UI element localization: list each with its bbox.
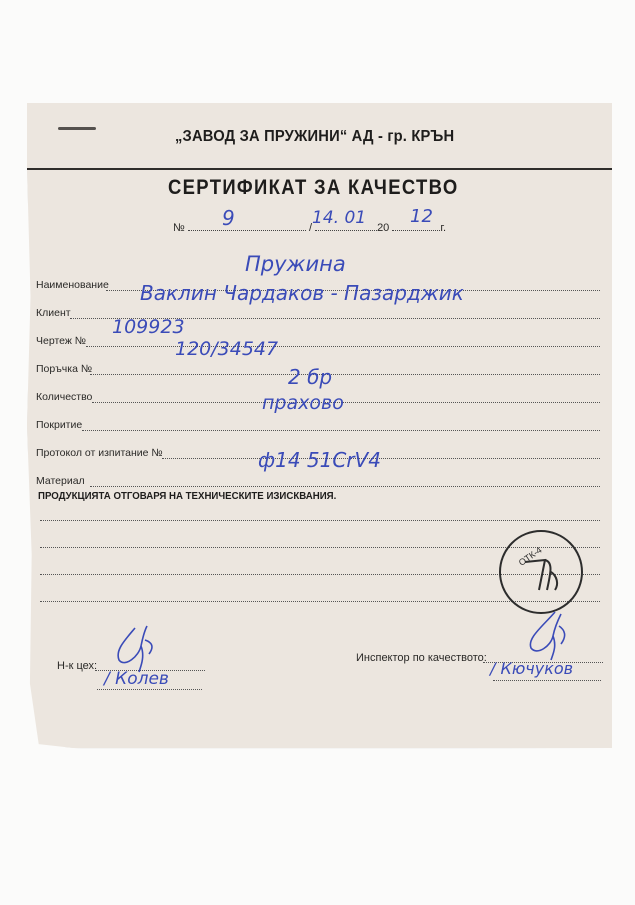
inspector-name-line: [493, 680, 601, 681]
shop-head-label: Н-к цех:: [57, 660, 97, 672]
header-divider: [27, 168, 612, 170]
field-line-drawing: [86, 346, 600, 347]
field-label-test-protocol: Протокол от изпитание №: [36, 447, 163, 459]
year-prefix: 20: [377, 222, 389, 234]
field-line-quantity: [92, 402, 600, 403]
shop-head-name: / Колев: [104, 669, 169, 689]
stamp-mark-icon: ОТК-4: [501, 532, 581, 612]
svg-text:ОТК-4: ОТК-4: [517, 545, 544, 568]
field-label-material: Материал: [36, 475, 85, 487]
shop-head-signature-icon: [105, 620, 165, 675]
staple-mark: [58, 127, 96, 130]
field-label-order: Поръчка №: [36, 363, 92, 375]
field-line-order: [90, 374, 600, 375]
field-label-name: Наименование: [36, 279, 109, 291]
field-label-coating: Покритие: [36, 419, 82, 431]
field-value-quantity: 2 бр: [288, 365, 332, 389]
inspector-signature-icon: [515, 608, 575, 663]
inspector-label: Инспектор по качеството:: [356, 652, 487, 664]
field-value-order: 120/34547: [175, 338, 278, 360]
inspector-name: / Кючуков: [490, 659, 573, 678]
field-label-quantity: Количество: [36, 391, 92, 403]
field-value-client: Ваклин Чардаков - Пазарджик: [140, 281, 464, 305]
year-suffix: г.: [440, 222, 446, 234]
shop-head-name-line: [97, 689, 202, 690]
document-title: СЕРТИФИКАТ ЗА КАЧЕСТВО: [168, 176, 459, 200]
field-line-material: [90, 486, 600, 487]
field-line-coating: [82, 430, 600, 431]
date-value: 14. 01: [312, 208, 366, 228]
field-label-client: Клиент: [36, 307, 71, 319]
certificate-number-value: 9: [222, 206, 235, 230]
number-label: №: [173, 222, 185, 234]
field-value-name: Пружина: [245, 252, 346, 276]
year-value: 12: [410, 206, 433, 227]
field-value-material: ф14 51CrV4: [258, 448, 381, 472]
field-label-drawing: Чертеж №: [36, 335, 86, 347]
number-dots: [188, 220, 306, 231]
field-value-coating: прахово: [262, 392, 344, 414]
blank-line-1: [40, 520, 600, 521]
otk-stamp: ОТК-4: [499, 530, 583, 614]
field-value-drawing: 109923: [112, 316, 185, 338]
field-line-test-protocol: [162, 458, 600, 459]
company-name: „ЗАВОД ЗА ПРУЖИНИ“ АД - гр. КРЪН: [175, 128, 454, 146]
compliance-statement: ПРОДУКЦИЯТА ОТГОВАРЯ НА ТЕХНИЧЕСКИТЕ ИЗИ…: [38, 490, 336, 502]
certificate-number-line: № / 20 г.: [173, 220, 446, 234]
